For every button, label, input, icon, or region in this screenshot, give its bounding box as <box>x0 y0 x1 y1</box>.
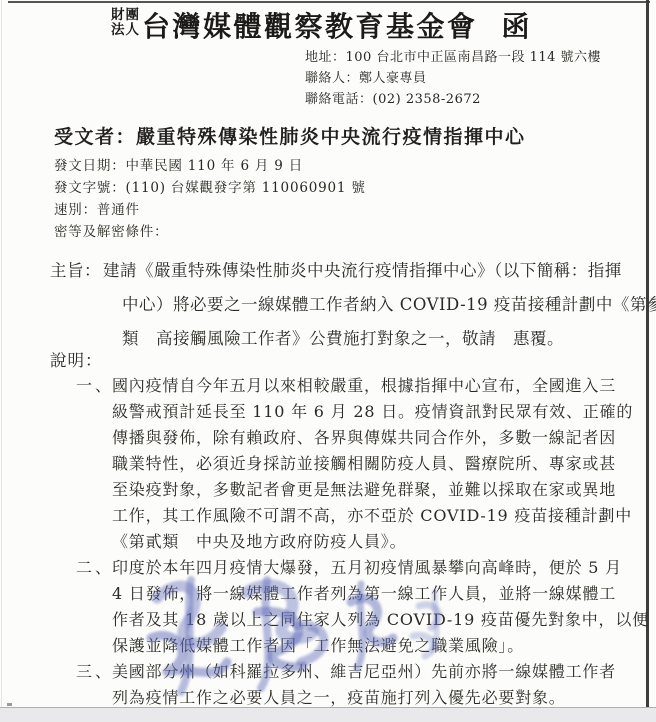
org-name: 台灣媒體觀察教育基金會 <box>142 5 478 45</box>
contact-person: 聯絡人：鄭人豪專員 <box>305 68 601 89</box>
contact-phone: 聯絡電話：(02) 2358-2672 <box>305 89 601 110</box>
list-item-line: 級警戒預計延長至 110 年 6 月 28 日。疫情資訊對民眾有效、正確的 <box>54 399 649 425</box>
item-number: 三、 <box>76 659 112 685</box>
list-item-line: 《第貳類 中央及地方政府防疫人員》。 <box>54 529 649 555</box>
list-item-line: 4 日發佈，將一線媒體工作者列為第一線工作人員，並將一線媒體工 <box>54 581 649 607</box>
bottom-edge-mark <box>7 703 12 706</box>
list-item-line: 二、印度於本年四月疫情大爆發，五月初疫情風暴攀向高峰時，便於 5 月 <box>54 555 649 581</box>
delivery-speed-line: 速別：普通件 <box>54 199 366 221</box>
subject-line: 類 高接觸風險工作者》公費施打對象之一，敬請 惠覆。 <box>50 322 656 356</box>
subject-line: 主旨：建請《嚴重特殊傳染性肺炎中央流行疫情指揮中心》（以下簡稱：指揮 <box>50 254 656 288</box>
contact-block: 地址：100 台北市中正區南昌路一段 114 號六樓 聯絡人：鄭人豪專員 聯絡電… <box>305 47 601 110</box>
list-item-line: 一、國內疫情自今年五月以來相較嚴重，根據指揮中心宣布，全國進入三 <box>54 373 649 399</box>
item-text: 國內疫情自今年五月以來相較嚴重，根據指揮中心宣布，全國進入三 <box>112 376 616 395</box>
item-number: 二、 <box>76 555 112 581</box>
document-title: 財團 法人 台灣媒體觀察教育基金會 函 <box>111 5 530 45</box>
subject-text: 建請《嚴重特殊傳染性肺炎中央流行疫情指揮中心》（以下簡稱：指揮 <box>103 261 622 280</box>
list-item-line: 工作，其工作風險不可謂不高，亦不亞於 COVID-19 疫苗接種計劃中 <box>54 503 649 529</box>
sender-meta-block: 發文日期：中華民國 110 年 6 月 9 日 發文字號：(110) 台媒觀發字… <box>54 155 366 243</box>
top-border-line <box>8 1 650 3</box>
item-number: 一、 <box>76 373 112 399</box>
reference-number-line: 發文字號：(110) 台媒觀發字第 110060901 號 <box>54 177 366 199</box>
security-class-line: 密等及解密條件： <box>54 221 366 243</box>
contact-address: 地址：100 台北市中正區南昌路一段 114 號六樓 <box>305 47 601 68</box>
list-item-line: 至染疫對象，多數記者會更是無法避免群聚，並難以採取在家或異地 <box>54 477 649 503</box>
org-type-bottom: 法人 <box>111 23 140 38</box>
list-item-line: 職業特性，必須近身採訪並接觸相關防疫人員、醫療院所、專家或甚 <box>54 451 649 477</box>
subject-label: 主旨： <box>50 261 101 280</box>
list-item-line: 三、美國部分州（如科羅拉多州、維吉尼亞州）先前亦將一線媒體工作者 <box>54 659 649 685</box>
org-type-top: 財團 <box>111 8 140 23</box>
list-item-line: 作者及其 18 歲以上之同住家人列為 COVID-19 疫苗優先對象中，以便 <box>54 607 649 633</box>
item-text: 印度於本年四月疫情大爆發，五月初疫情風暴攀向高峰時，便於 5 月 <box>112 558 622 577</box>
subject-block: 主旨：建請《嚴重特殊傳染性肺炎中央流行疫情指揮中心》（以下簡稱：指揮 中心）將必… <box>50 254 656 356</box>
explanation-heading: 說明： <box>50 347 103 371</box>
subject-line: 中心）將必要之一線媒體工作者納入 COVID-19 疫苗接種計劃中《第參 <box>50 288 656 322</box>
list-item-line: 傳播與發佈，除有賴政府、各界與傳媒共同合作外，多數一線記者因 <box>54 425 649 451</box>
explanation-list: 一、國內疫情自今年五月以來相較嚴重，根據指揮中心宣布，全國進入三 級警戒預計延長… <box>54 373 649 711</box>
item-text: 美國部分州（如科羅拉多州、維吉尼亞州）先前亦將一線媒體工作者 <box>112 662 616 681</box>
org-type-prefix: 財團 法人 <box>111 8 140 38</box>
official-letter-document: 財團 法人 台灣媒體觀察教育基金會 函 地址：100 台北市中正區南昌路一段 1… <box>0 0 656 722</box>
document-type-label: 函 <box>502 5 530 45</box>
list-item-line: 保護並降低媒體工作者因「工作無法避免之職業風險」。 <box>54 633 649 659</box>
list-item-line: 列為疫情工作之必要人員之一，疫苗施打列入優先必要對象。 <box>54 685 649 711</box>
left-border-line <box>1 0 2 707</box>
issue-date-line: 發文日期：中華民國 110 年 6 月 9 日 <box>54 155 366 177</box>
recipient-line: 受文者：嚴重特殊傳染性肺炎中央流行疫情指揮中心 <box>54 122 526 149</box>
